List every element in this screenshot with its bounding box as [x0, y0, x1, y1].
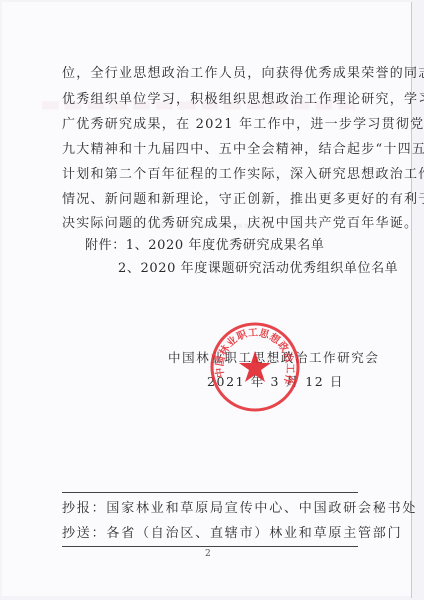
body-line: 情况、新问题和新理论，守正创新，推出更多更好的有利于解	[62, 192, 424, 208]
body-line: 位，全行业思想政治工作人员，向获得优秀成果荣誉的同志和	[62, 66, 424, 82]
body-line: 广优秀研究成果，在 2021 年工作中，进一步学习贯彻党的十	[62, 117, 424, 133]
body-line: 计划和第二个百年征程的工作实际，深入研究思想政治工作新	[62, 167, 424, 183]
cc-send-to: 抄送：各省（自治区、直辖市）林业和草原主管部门	[62, 522, 402, 541]
divider-line	[62, 546, 358, 547]
cc-report-to: 抄报：国家林业和草原局宣传中心、中国政研会秘书处	[62, 497, 417, 516]
svg-text:中国林业职工思想政治工作研究会: 中国林业职工思想政治工作研究会	[209, 321, 297, 387]
body-line: 九大精神和十九届四中、五中全会精神，结合起步“十四五”	[62, 142, 424, 158]
attachment-item-1: 附件：1、2020 年度优秀研究成果名单	[85, 234, 325, 253]
page-number: 2	[205, 549, 211, 559]
body-line: 决实际问题的优秀研究成果，庆祝中国共产党百年华诞。	[62, 216, 418, 232]
attachment-item-2: 2、2020 年度课题研究活动优秀组织单位名单	[118, 257, 398, 276]
official-seal-icon: 中国林业职工思想政治工作研究会	[209, 321, 301, 413]
divider-line	[62, 492, 358, 493]
body-line: 优秀组织单位学习，积极组织思想政治工作理论研究，学习推	[62, 92, 424, 108]
